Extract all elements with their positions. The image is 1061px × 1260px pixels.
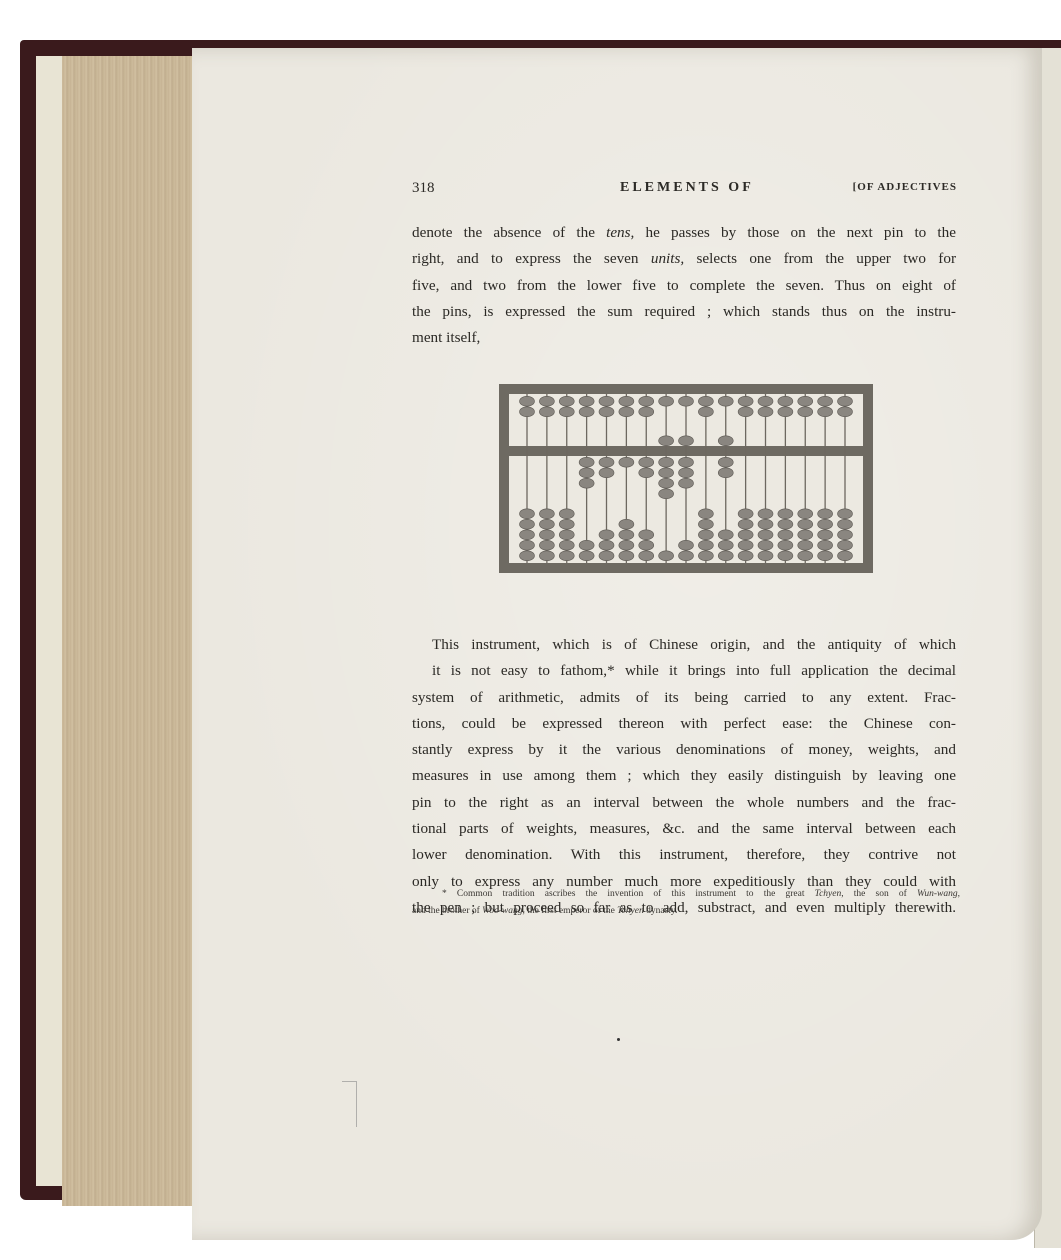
running-title: ELEMENTS OF [620,180,754,196]
text-line: lower denomination. With this instrument… [412,842,956,868]
pencil-mark [342,1081,357,1127]
text-line: denote the absence of the tens, he passe… [412,220,956,246]
text-line: system of arithmetic, admits of its bein… [412,685,956,711]
text-line: This instrument, which is of Chinese ori… [412,632,956,658]
text-line: it is not easy to fathom,* while it brin… [412,658,956,684]
text-line: five, and two from the lower five to com… [412,273,956,299]
book-page: 318 ELEMENTS OF [OF ADJECTIVES denote th… [192,48,1042,1240]
text-line: measures in use among them ; which they … [412,763,956,789]
text-line: pin to the right as an interval between … [412,790,956,816]
paragraph-2: This instrument, which is of Chinese ori… [412,632,956,921]
paragraph-1: denote the absence of the tens, he passe… [412,220,956,351]
page-number: 318 [412,180,435,197]
footnote-line: * Common tradition ascribes the inventio… [412,886,960,903]
text-line: stantly express by it the various denomi… [412,737,956,763]
ink-speck [617,1038,620,1041]
page-header: 318 ELEMENTS OF [OF ADJECTIVES [412,180,957,200]
section-title: [OF ADJECTIVES [853,181,957,193]
abacus-illustration [499,384,873,573]
text-line: tions, could be expressed thereon with p… [412,711,956,737]
text-line: the pins, is expressed the sum required … [412,299,956,325]
footnote-line: and the brother of Woo-wang, the first e… [412,903,960,920]
text-line: ment itself, [412,325,956,351]
text-line: tional parts of weights, measures, &c. a… [412,816,956,842]
page-block-edges [62,56,196,1206]
text-line: right, and to express the seven units, s… [412,246,956,272]
footnote: * Common tradition ascribes the inventio… [412,886,960,920]
